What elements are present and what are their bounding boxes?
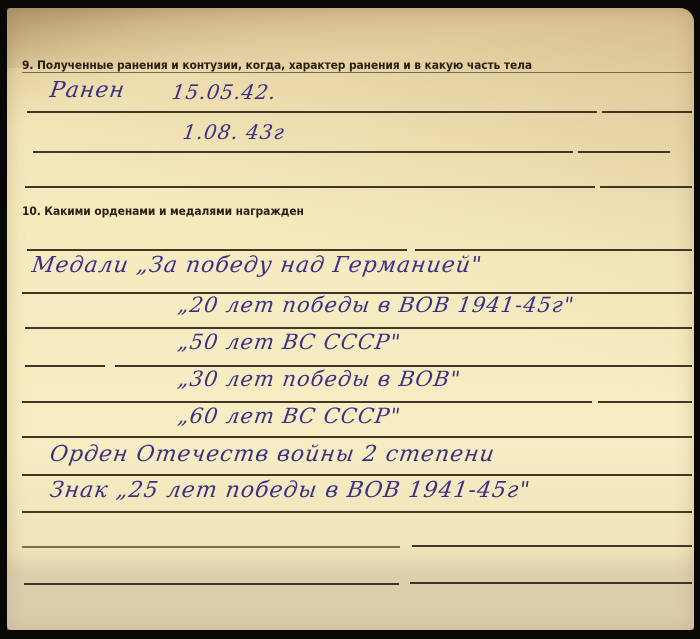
heading-underline: [22, 72, 692, 73]
form-line: [22, 546, 400, 548]
wound-label: Ранен: [48, 78, 126, 103]
form-line: [602, 111, 692, 113]
form-line: [27, 111, 597, 113]
form-line: [412, 545, 692, 547]
form-line: [600, 186, 692, 188]
paper-bottom-shading: [7, 550, 694, 630]
form-line: [22, 511, 692, 513]
form-line: [22, 474, 692, 476]
form-line: [598, 401, 692, 403]
wound-date-2: 1.08. 43г: [181, 120, 286, 144]
section-9-heading: 9. Полученные ранения и контузии, когда,…: [22, 58, 532, 72]
form-line: [25, 186, 595, 188]
award-entry-7: Знак „25 лет победы в ВОВ 1941-45г": [48, 478, 532, 503]
section-10-heading: 10. Какими орденами и медалями награжден: [22, 204, 304, 218]
form-line: [410, 582, 692, 584]
form-line: [22, 436, 692, 438]
award-entry-3: „50 лет ВС СССР": [176, 330, 402, 354]
award-entry-6: Орден Отечеств войны 2 степени: [48, 442, 496, 467]
form-line: [33, 151, 573, 153]
award-entry-5: „60 лет ВС СССР": [176, 404, 402, 428]
form-line: [415, 249, 692, 251]
form-line: [25, 327, 692, 329]
form-line: [578, 151, 670, 153]
award-entry-4: „30 лет победы в ВОВ": [176, 367, 462, 391]
form-line: [25, 365, 105, 367]
form-line: [22, 401, 592, 403]
form-line: [27, 249, 407, 251]
wound-date-1: 15.05.42.: [170, 80, 278, 104]
form-line: [24, 583, 399, 585]
award-entry-2: „20 лет победы в ВОВ 1941-45г": [176, 293, 576, 317]
award-entry-1: Медали „За победу над Германией": [30, 253, 484, 278]
